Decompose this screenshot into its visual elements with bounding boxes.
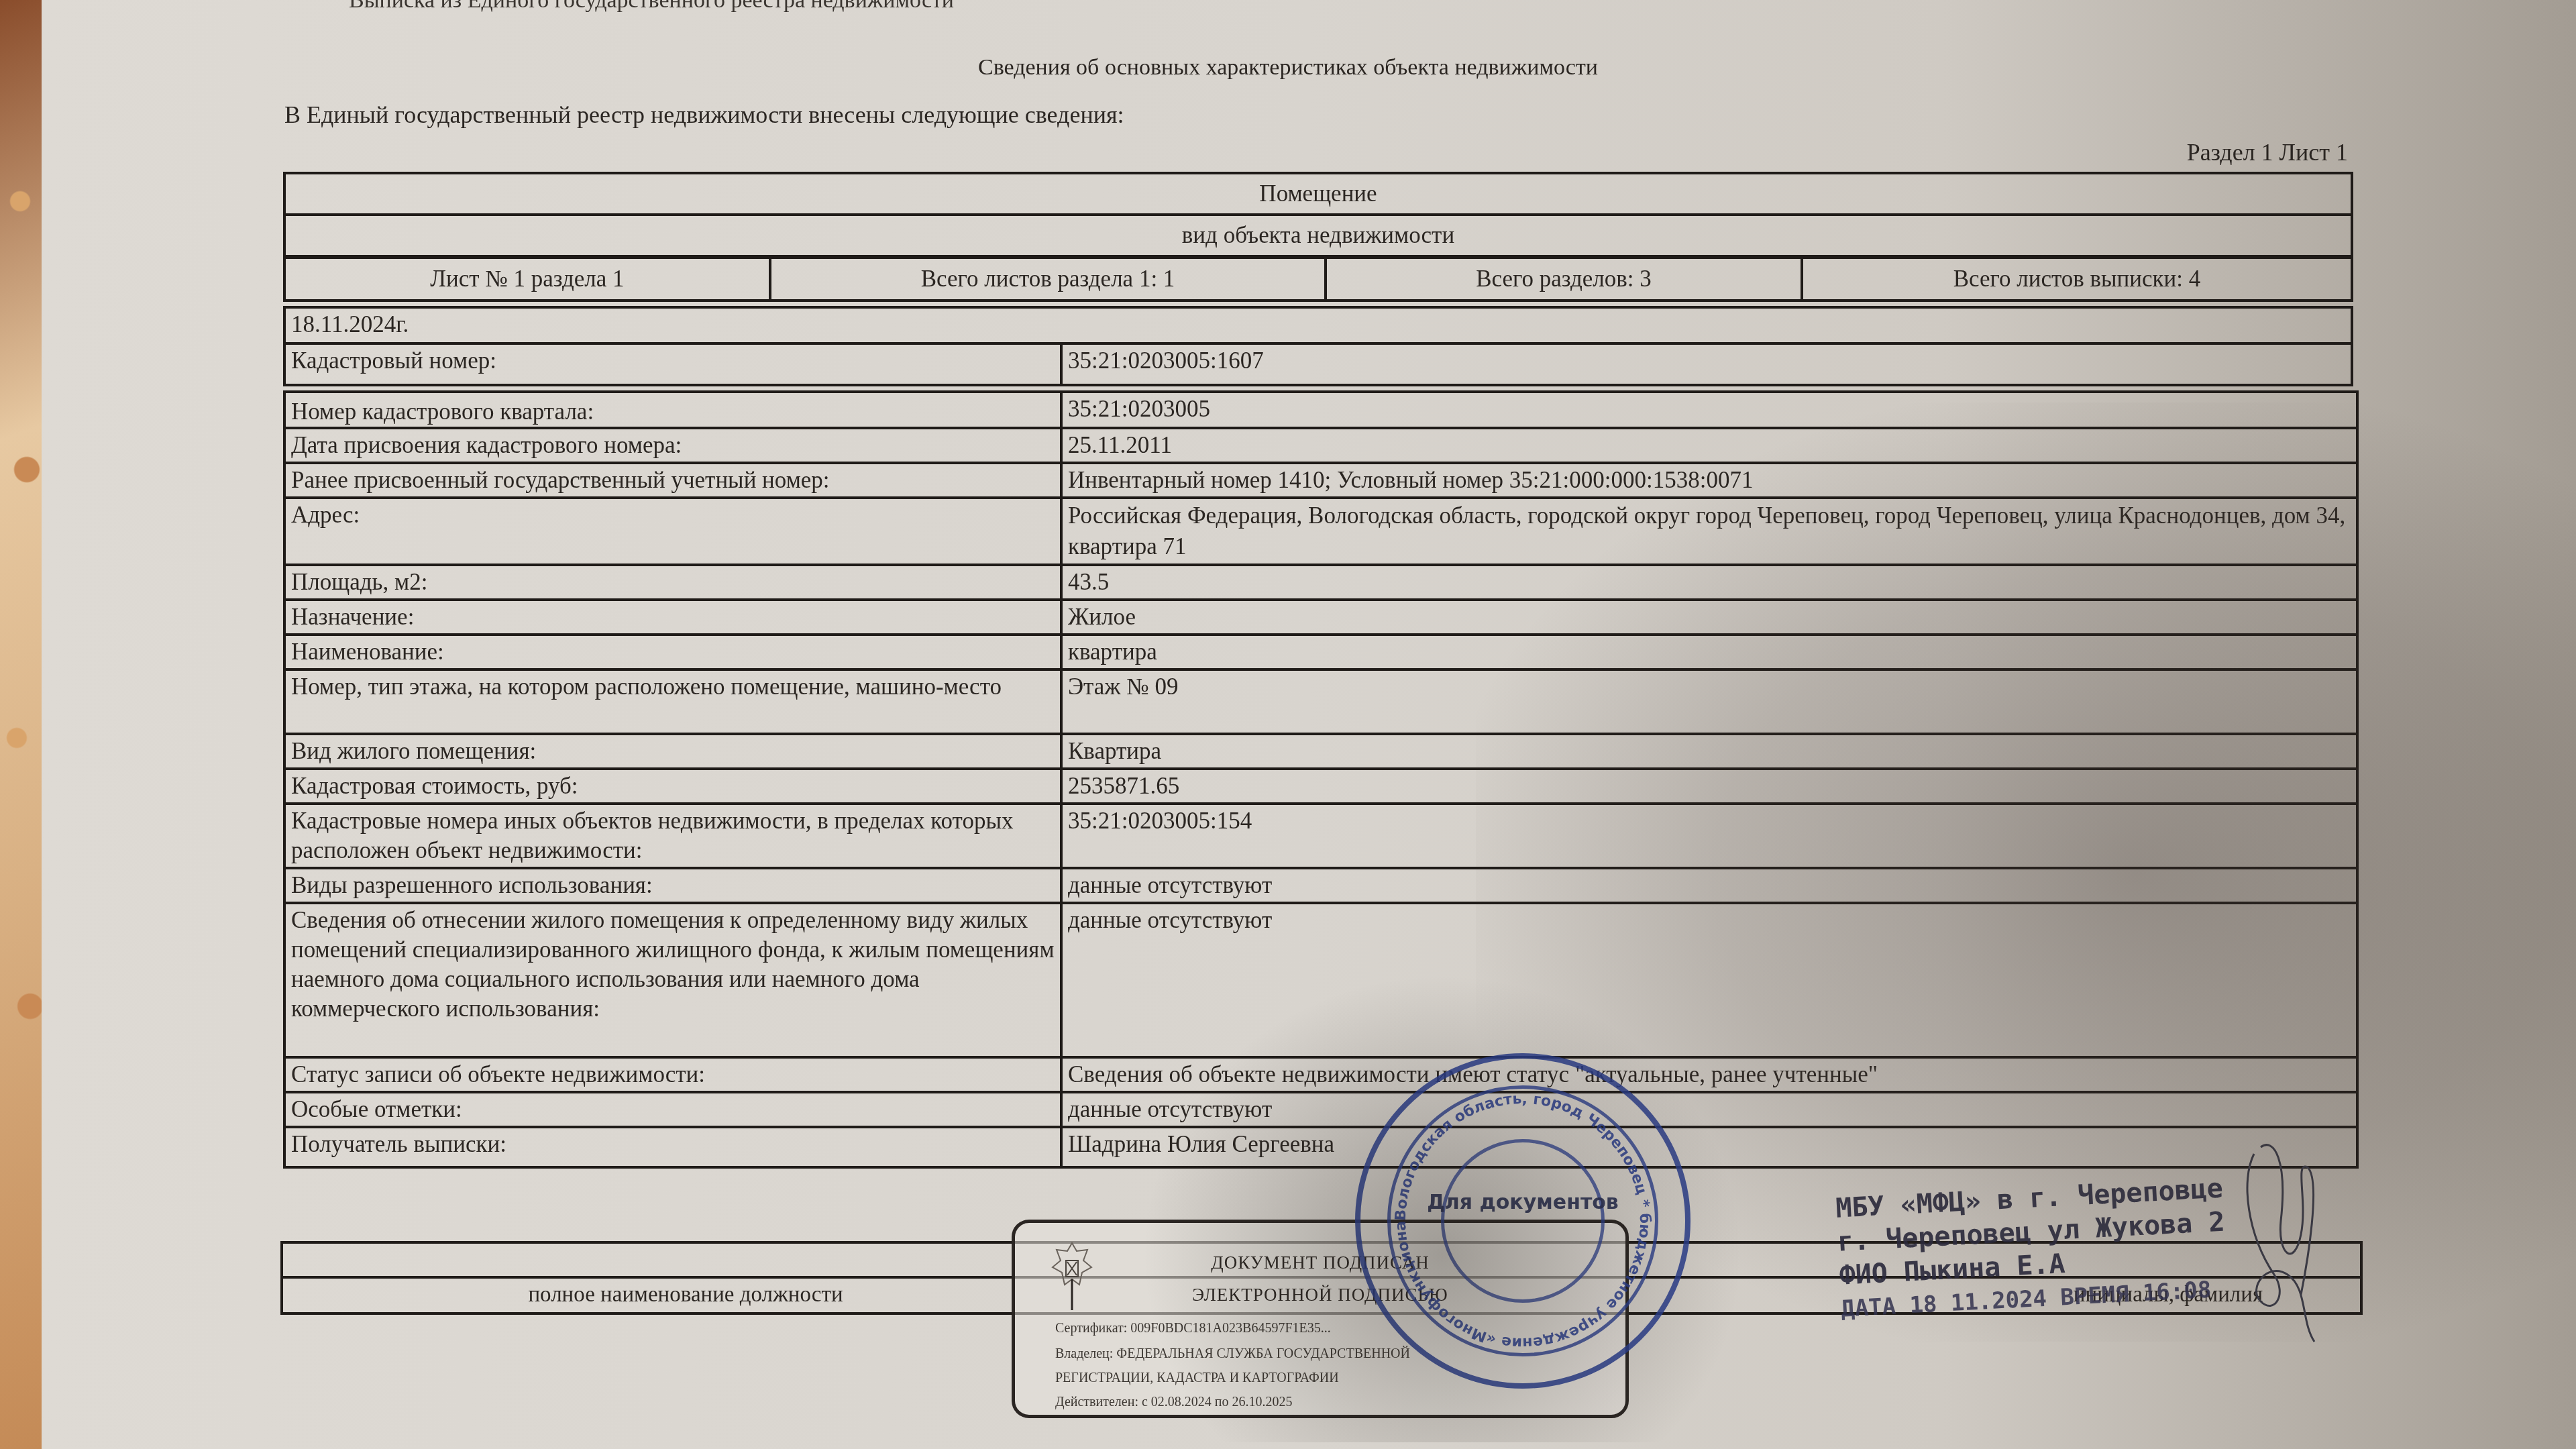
cadastral-number-row: Кадастровый номер: 35:21:0203005:1607	[286, 345, 2351, 384]
table-row: Статус записи об объекте недвижимости: С…	[286, 1059, 2356, 1093]
table-row: Особые отметки: данные отсутствуют	[286, 1093, 2356, 1128]
field-label: Получатель выписки:	[286, 1128, 1060, 1166]
cadastral-number-label: Кадастровый номер:	[286, 345, 1060, 384]
esign-validity: Действителен: с 02.08.2024 по 26.10.2025	[1055, 1395, 1293, 1410]
table-row: Дата присвоения кадастрового номера: 25.…	[286, 429, 2356, 464]
field-value: Шадрина Юлия Сергеевна	[1060, 1128, 2356, 1166]
field-label: Вид жилого помещения:	[286, 735, 1060, 767]
field-value: 43.5	[1060, 566, 2356, 598]
field-value: Инвентарный номер 1410; Условный номер 3…	[1060, 464, 2356, 496]
sheets-in-section: Всего листов раздела 1: 1	[771, 259, 1327, 299]
field-label: Наименование:	[286, 636, 1060, 668]
extract-date: 18.11.2024г.	[286, 309, 2351, 342]
field-value: 35:21:0203005	[1060, 393, 2356, 427]
esign-owner-line2: РЕГИСТРАЦИИ, КАДАСТРА И КАРТОГРАФИИ	[1055, 1371, 1339, 1386]
document-title: Сведения об основных характеристиках объ…	[0, 55, 2576, 80]
table-row: Кадастровые номера иных объектов недвижи…	[286, 805, 2356, 869]
esign-owner-line1: Владелец: ФЕДЕРАЛЬНАЯ СЛУЖБА ГОСУДАРСТВЕ…	[1055, 1346, 1410, 1362]
total-sections: Всего разделов: 3	[1327, 259, 1803, 299]
table-row: Сведения об отнесении жилого помещения к…	[286, 904, 2356, 1059]
object-type-caption: вид объекта недвижимости	[286, 216, 2351, 258]
handwritten-signature-icon	[2234, 1140, 2328, 1348]
table-row: Вид жилого помещения: Квартира	[286, 735, 2356, 770]
object-type-box: Помещение вид объекта недвижимости	[283, 172, 2353, 258]
field-value: Российская Федерация, Вологодская област…	[1060, 499, 2356, 563]
table-row: Площадь, м2: 43.5	[286, 566, 2356, 601]
field-value: Жилое	[1060, 601, 2356, 633]
field-label: Статус записи об объекте недвижимости:	[286, 1059, 1060, 1091]
table-row: Наименование: квартира	[286, 636, 2356, 671]
field-value: 35:21:0203005:154	[1060, 805, 2356, 867]
table-row: Номер, тип этажа, на котором расположено…	[286, 671, 2356, 735]
field-label: Дата присвоения кадастрового номера:	[286, 429, 1060, 462]
field-label: Виды разрешенного использования:	[286, 869, 1060, 902]
seal-ring-text: Вологодская область, город Череповец * б…	[1360, 1059, 1685, 1383]
field-value: данные отсутствуют	[1060, 904, 2356, 1056]
field-label: Номер, тип этажа, на котором расположено…	[286, 671, 1060, 733]
table-row: Получатель выписки: Шадрина Юлия Сергеев…	[286, 1128, 2356, 1166]
extract-date-row: 18.11.2024г.	[286, 309, 2351, 345]
characteristics-table: Номер кадастрового квартала: 35:21:02030…	[283, 390, 2359, 1169]
table-row: Назначение: Жилое	[286, 601, 2356, 636]
field-label: Адрес:	[286, 499, 1060, 563]
field-label: Сведения об отнесении жилого помещения к…	[286, 904, 1060, 1056]
field-label: Ранее присвоенный государственный учетны…	[286, 464, 1060, 496]
table-row: Адрес: Российская Федерация, Вологодская…	[286, 499, 2356, 566]
sheet-number: Лист № 1 раздела 1	[286, 259, 771, 299]
field-value: данные отсутствуют	[1060, 1093, 2356, 1126]
table-row: Кадастровая стоимость, руб: 2535871.65	[286, 770, 2356, 805]
intro-text: В Единый государственный реестр недвижим…	[284, 101, 1124, 129]
field-value: 2535871.65	[1060, 770, 2356, 802]
seal-center-text: Для документов	[1360, 1189, 1685, 1216]
field-value: 25.11.2011	[1060, 429, 2356, 462]
sheet-meta-row: Лист № 1 раздела 1 Всего листов раздела …	[283, 256, 2353, 302]
table-row: Виды разрешенного использования: данные …	[286, 869, 2356, 904]
field-value: Этаж № 09	[1060, 671, 2356, 733]
position-caption: полное наименование должности	[283, 1279, 1088, 1313]
mfc-rectangular-stamp: МБУ «МФЦ» в г. Череповце г. Череповец ул…	[1835, 1169, 2271, 1326]
field-label: Кадастровая стоимость, руб:	[286, 770, 1060, 802]
field-label: Кадастровые номера иных объектов недвижи…	[286, 805, 1060, 867]
object-type: Помещение	[286, 174, 2351, 216]
field-label: Назначение:	[286, 601, 1060, 633]
table-row: Номер кадастрового квартала: 35:21:02030…	[286, 393, 2356, 429]
cadastral-number-value: 35:21:0203005:1607	[1060, 345, 2351, 384]
section-reference: Раздел 1 Лист 1	[2187, 138, 2348, 166]
field-value: Квартира	[1060, 735, 2356, 767]
field-value: Сведения об объекте недвижимости имеют с…	[1060, 1059, 2356, 1091]
field-label: Номер кадастрового квартала:	[286, 393, 1060, 427]
field-label: Особые отметки:	[286, 1093, 1060, 1126]
date-cadastral-box: 18.11.2024г. Кадастровый номер: 35:21:02…	[283, 306, 2353, 386]
table-row: Ранее присвоенный государственный учетны…	[286, 464, 2356, 499]
esign-certificate: Сертификат: 009F0BDC181A023B64597F1E35..…	[1055, 1321, 1331, 1336]
document-header-cut: Выписка из Единого государственного реес…	[349, 0, 954, 13]
field-value: данные отсутствуют	[1060, 869, 2356, 902]
field-value: квартира	[1060, 636, 2356, 668]
round-seal-stamp: Вологодская область, город Череповец * б…	[1355, 1053, 1690, 1389]
total-sheets: Всего листов выписки: 4	[1803, 259, 2351, 299]
field-label: Площадь, м2:	[286, 566, 1060, 598]
